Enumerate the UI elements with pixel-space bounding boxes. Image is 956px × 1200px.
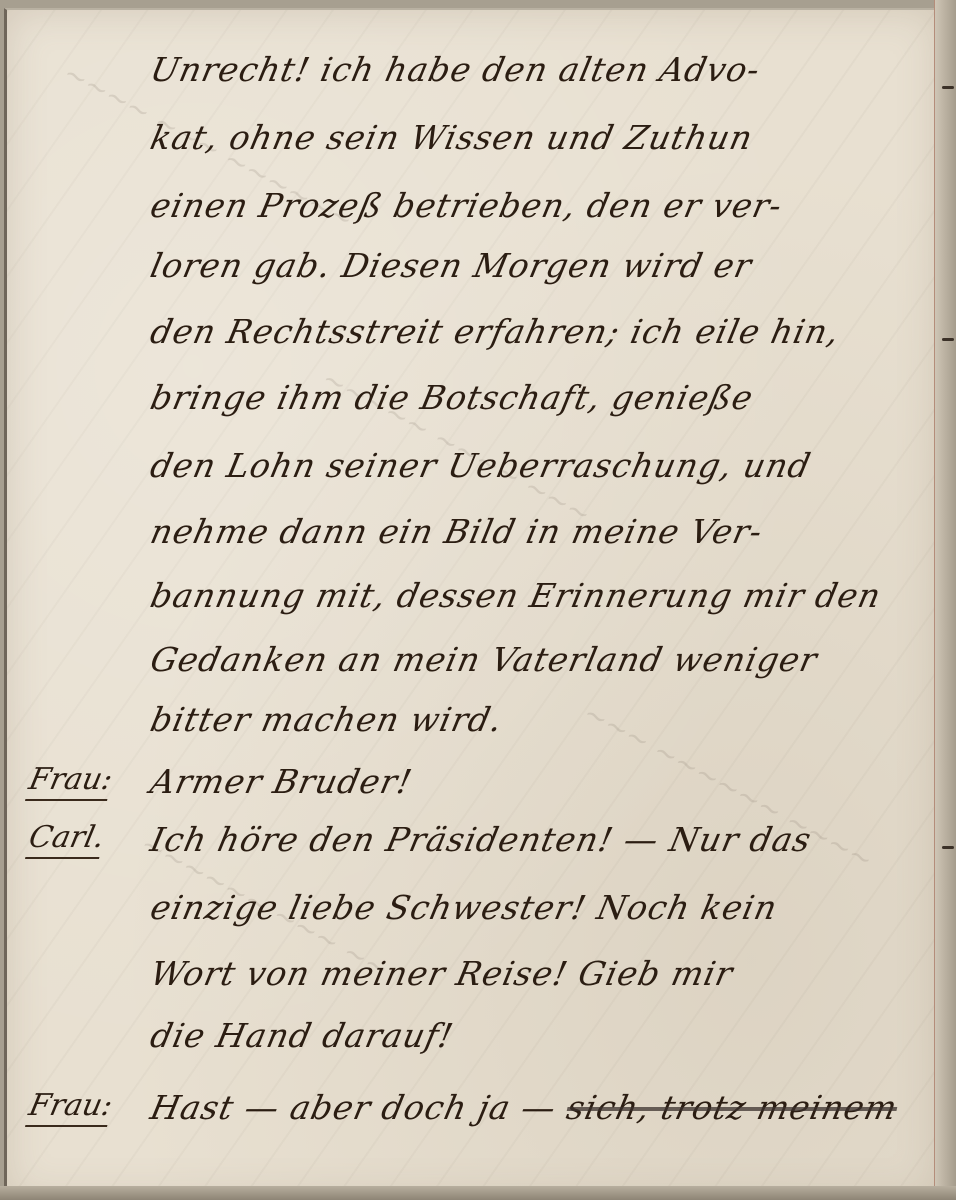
speaker-label: Carl. (25, 820, 108, 859)
speaker-label: Frau: (25, 1088, 116, 1127)
manuscript-line: Unrecht! ich habe den alten Advo- (147, 50, 764, 89)
manuscript-line: Wort von meiner Reise! Gieb mir (147, 954, 737, 993)
binding-stitch (942, 846, 954, 849)
manuscript-page: ~~~~ ~~~ ~~~~~~ ~~~~~ ~~~~ ~~~ ~~~ ~~~~~… (4, 8, 937, 1198)
speaker-label: Frau: (25, 762, 116, 801)
manuscript-line: den Rechtsstreit erfahren; ich eile hin, (147, 312, 843, 351)
manuscript-line: Hast — aber doch ja — sich, trotz meinem (147, 1088, 901, 1127)
manuscript-line: bitter machen wird. (147, 700, 506, 739)
manuscript-line: bringe ihm die Botschaft, genieße (147, 378, 757, 417)
manuscript-line: die Hand darauf! (147, 1016, 457, 1055)
manuscript-line: Ich höre den Präsidenten! — Nur das (147, 820, 815, 859)
page-bottom-edge (0, 1186, 956, 1200)
page-edge (934, 0, 956, 1200)
manuscript-line: Gedanken an mein Vaterland weniger (147, 640, 821, 679)
manuscript-line: Armer Bruder! (147, 762, 416, 801)
manuscript-line: einzige liebe Schwester! Noch kein (147, 888, 781, 927)
manuscript-line: den Lohn seiner Ueberraschung, und (147, 446, 815, 485)
manuscript-line: bannung mit, dessen Erinnerung mir den (147, 576, 885, 615)
manuscript-line: kat, ohne sein Wissen und Zuthun (147, 118, 757, 157)
line-text: Hast — aber doch ja — (147, 1088, 572, 1127)
struck-through-text: sich, trotz meinem (563, 1088, 901, 1127)
binding-stitch (942, 338, 954, 341)
manuscript-line: nehme dann ein Bild in meine Ver- (147, 512, 766, 551)
binding-stitch (942, 86, 954, 89)
manuscript-line: einen Prozeß betrieben, den er ver- (147, 186, 786, 225)
manuscript-line: loren gab. Diesen Morgen wird er (147, 246, 756, 285)
